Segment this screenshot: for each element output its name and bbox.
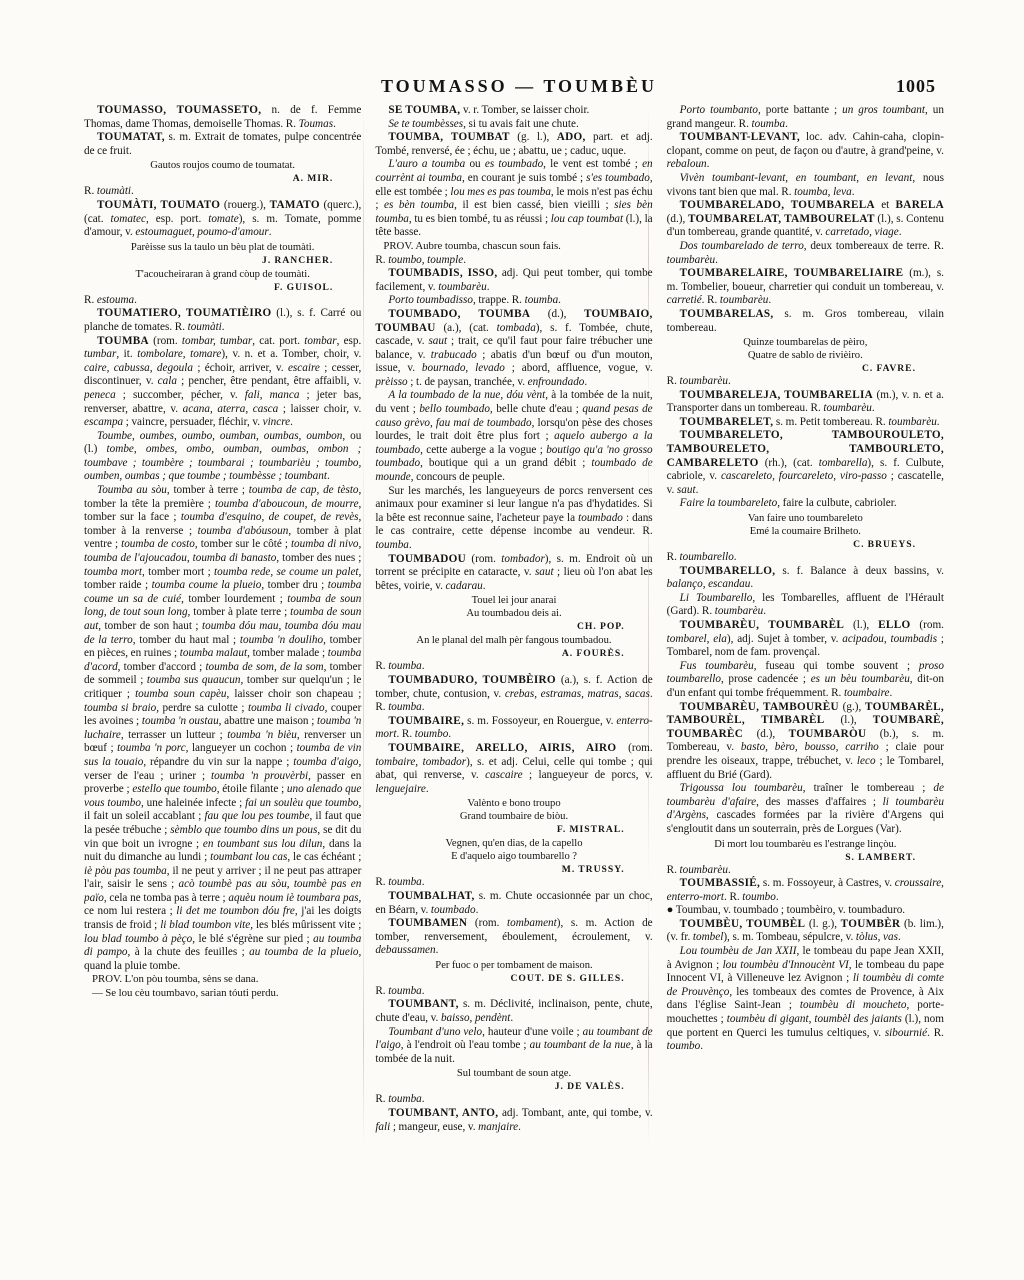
reference-line: R. toumbarello.	[667, 551, 944, 565]
entry-paragraph: TOUMBARELEJA, TOUMBARELIA (m.), v. n. et…	[667, 389, 944, 416]
entry-paragraph: TOUMBALHAT, s. m. Chute occasionnée par …	[375, 890, 652, 917]
entry-paragraph: TOUMBÈU, TOUMBÈL (l. g.), TOUMBÈR (b. li…	[667, 918, 944, 945]
attribution: CH. POP.	[375, 621, 652, 633]
example-paragraph: Lou toumbèu de Jan XXII, le tombeau du p…	[667, 945, 944, 1054]
example-paragraph: Li Toumbarello, les Tombarelles, affluen…	[667, 592, 944, 619]
entry-paragraph: TOUMBANT-LEVANT, loc. adv. Cahin-caha, c…	[667, 131, 944, 172]
page-number: 1005	[896, 76, 936, 97]
example-paragraph: L'auro a toumba ou es toumbado, le vent …	[375, 158, 652, 240]
verse-quote: Parèisse sus la taulo un bèu plat de tou…	[84, 240, 361, 255]
attribution: M. TRUSSY.	[375, 864, 652, 876]
entry-paragraph: TOUMBANT, s. m. Déclivité, inclinaison, …	[375, 998, 652, 1025]
verse-quote: Valènto e bono troupoGrand toumbaire de …	[375, 796, 652, 824]
entry-paragraph: TOUMBARÈU, TOUMBARÈL (l.), ELLO (rom. to…	[667, 619, 944, 660]
example-paragraph: Se te toumbèsses, si tu avais fait une c…	[375, 118, 652, 132]
reference-line: ● Toumbau, v. toumbado ; toumbèiro, v. t…	[667, 904, 944, 918]
example-paragraph: Porto toumbadisso, trappe. R. toumba.	[375, 294, 652, 308]
example-paragraph: Toumba au sòu, tomber à terre ; toumba d…	[84, 484, 361, 973]
reference-line: R. toumbarèu.	[667, 375, 944, 389]
verse-quote: Sul toumbant de soun atge.	[375, 1066, 652, 1081]
column-1: TOUMASSO, TOUMASSETO, n. de f. Femme Tho…	[84, 104, 361, 1254]
reference-line: R. estouma.	[84, 294, 361, 308]
example-paragraph: Dos toumbarelado de terro, deux tomberea…	[667, 240, 944, 267]
proverb-line: PROV. L'on pòu toumba, sèns se dana.	[84, 973, 361, 987]
attribution: C. FAVRE.	[667, 363, 944, 375]
example-paragraph: A la toumbado de la nue, dóu vènt, à la …	[375, 389, 652, 484]
attribution: S. LAMBERT.	[667, 852, 944, 864]
entry-paragraph: TOUMBARELETO, TAMBOUROULETO, TAMBOURELET…	[667, 429, 944, 497]
example-paragraph: Sur les marchés, les langueyeurs de porc…	[375, 485, 652, 553]
reference-line: R. toumbarèu.	[667, 864, 944, 878]
entry-paragraph: TOUMASSO, TOUMASSETO, n. de f. Femme Tho…	[84, 104, 361, 131]
reference-line: R. toumba.	[375, 985, 652, 999]
entry-paragraph: TOUMBAIRE, s. m. Fossoyeur, en Rouergue,…	[375, 715, 652, 742]
verse-quote: T'acoucheiraran à grand còup de toumàti.	[84, 267, 361, 282]
verse-quote: Quinze toumbarelas de pèiro,Quatre de sa…	[667, 335, 944, 363]
example-paragraph: Faire la toumbareleto, faire la culbute,…	[667, 497, 944, 511]
entry-paragraph: TOUMBARÈU, TAMBOURÈU (g.), TOUMBARÈL, TA…	[667, 701, 944, 783]
attribution: C. BRUEYS.	[667, 539, 944, 551]
entry-paragraph: TOUMBARELADO, TOUMBARELA et BARELA (d.),…	[667, 199, 944, 240]
example-paragraph: Vivèn toumbant-levant, en toumbant, en l…	[667, 172, 944, 199]
proverb-line: PROV. Aubre toumba, chascun soun fais.	[375, 240, 652, 254]
reference-line: R. toumba.	[375, 660, 652, 674]
page-header: TOUMASSO — TOUMBÈU 1005	[84, 76, 954, 102]
entry-paragraph: TOUMBARELET, s. m. Petit tombereau. R. t…	[667, 416, 944, 430]
verse-quote: Van faire uno toumbareletoEmé la coumair…	[667, 511, 944, 539]
entry-paragraph: TOUMBADO, TOUMBA (d.), TOUMBAIO, TOUMBAU…	[375, 308, 652, 390]
entry-paragraph: TOUMBARELAIRE, TOUMBARELIAIRE (m.), s. m…	[667, 267, 944, 308]
attribution: A. MIR.	[84, 173, 361, 185]
example-paragraph: Toumbant d'uno velo, hauteur d'une voile…	[375, 1026, 652, 1067]
attribution: J. DE VALÈS.	[375, 1081, 652, 1093]
entry-paragraph: TOUMBANT, ANTO, adj. Tombant, ante, qui …	[375, 1107, 652, 1134]
entry-paragraph: TOUMATAT, s. m. Extrait de tomates, pulp…	[84, 131, 361, 158]
verse-quote: Gautos roujos coumo de toumatat.	[84, 158, 361, 173]
entry-paragraph: TOUMBADOU (rom. tombador), s. m. Endroit…	[375, 553, 652, 594]
running-head: TOUMASSO — TOUMBÈU	[84, 76, 954, 97]
entry-paragraph: TOUMBA (rom. tombar, tumbar, cat. port. …	[84, 335, 361, 430]
entry-paragraph: TOUMBADURO, TOUMBÈIRO (a.), s. f. Action…	[375, 674, 652, 715]
example-paragraph: Fus toumbarèu, fuseau qui tombe souvent …	[667, 660, 944, 701]
example-paragraph: Trigoussa lou toumbarèu, traîner le tomb…	[667, 782, 944, 836]
reference-line: R. toumbo, toumple.	[375, 254, 652, 268]
entry-paragraph: TOUMBARELLO, s. f. Balance à deux bassin…	[667, 565, 944, 592]
verse-quote: An le planal del malh pèr fangous toumba…	[375, 633, 652, 648]
example-paragraph: Toumbe, oumbes, oumbo, oumban, oumbas, o…	[84, 430, 361, 484]
reference-line: R. toumba.	[375, 1093, 652, 1107]
entry-paragraph: TOUMBASSIÉ, s. m. Fossoyeur, à Castres, …	[667, 877, 944, 904]
attribution: COUT. DE S. GILLES.	[375, 973, 652, 985]
entry-paragraph: TOUMBA, TOUMBAT (g. l.), ADO, part. et a…	[375, 131, 652, 158]
entry-paragraph: TOUMBADIS, ISSO, adj. Qui peut tomber, q…	[375, 267, 652, 294]
column-2: SE TOUMBA, v. r. Tomber, se laisser choi…	[375, 104, 652, 1254]
attribution: J. RANCHER.	[84, 255, 361, 267]
verse-quote: Touel lei jour anaraiAu toumbadou deis a…	[375, 593, 652, 621]
reference-line: R. toumba.	[375, 876, 652, 890]
attribution: A. FOURÈS.	[375, 648, 652, 660]
entry-paragraph: TOUMBARELAS, s. m. Gros tombereau, vilai…	[667, 308, 944, 335]
verse-quote: Vegnen, qu'en dias, de la capelloE d'aqu…	[375, 836, 652, 864]
column-3: Porto toumbanto, porte battante ; un gro…	[667, 104, 944, 1254]
entry-paragraph: TOUMATIERO, TOUMATIÈIRO (l.), s. f. Carr…	[84, 307, 361, 334]
proverb-line: — Se lou cèu toumbavo, sarian tóuti perd…	[84, 987, 361, 1001]
reference-line: R. toumàti.	[84, 185, 361, 199]
verse-quote: Per fuoc o per tombament de maison.	[375, 958, 652, 973]
entry-paragraph: TOUMBAIRE, ARELLO, AIRIS, AIRO (rom. tom…	[375, 742, 652, 796]
verse-quote: Di mort lou toumbarèu es l'estrange linç…	[667, 837, 944, 852]
entry-paragraph: TOUMBAMEN (rom. tombament), s. m. Action…	[375, 917, 652, 958]
attribution: F. MISTRAL.	[375, 824, 652, 836]
entry-paragraph: SE TOUMBA, v. r. Tomber, se laisser choi…	[375, 104, 652, 118]
page: TOUMASSO — TOUMBÈU 1005 TOUMASSO, TOUMAS…	[0, 0, 1024, 1280]
attribution: F. GUISOL.	[84, 282, 361, 294]
text-columns: TOUMASSO, TOUMASSETO, n. de f. Femme Tho…	[84, 104, 944, 1254]
entry-paragraph: TOUMÀTI, TOUMATO (rouerg.), TAMATO (quer…	[84, 199, 361, 240]
example-paragraph: Porto toumbanto, porte battante ; un gro…	[667, 104, 944, 131]
